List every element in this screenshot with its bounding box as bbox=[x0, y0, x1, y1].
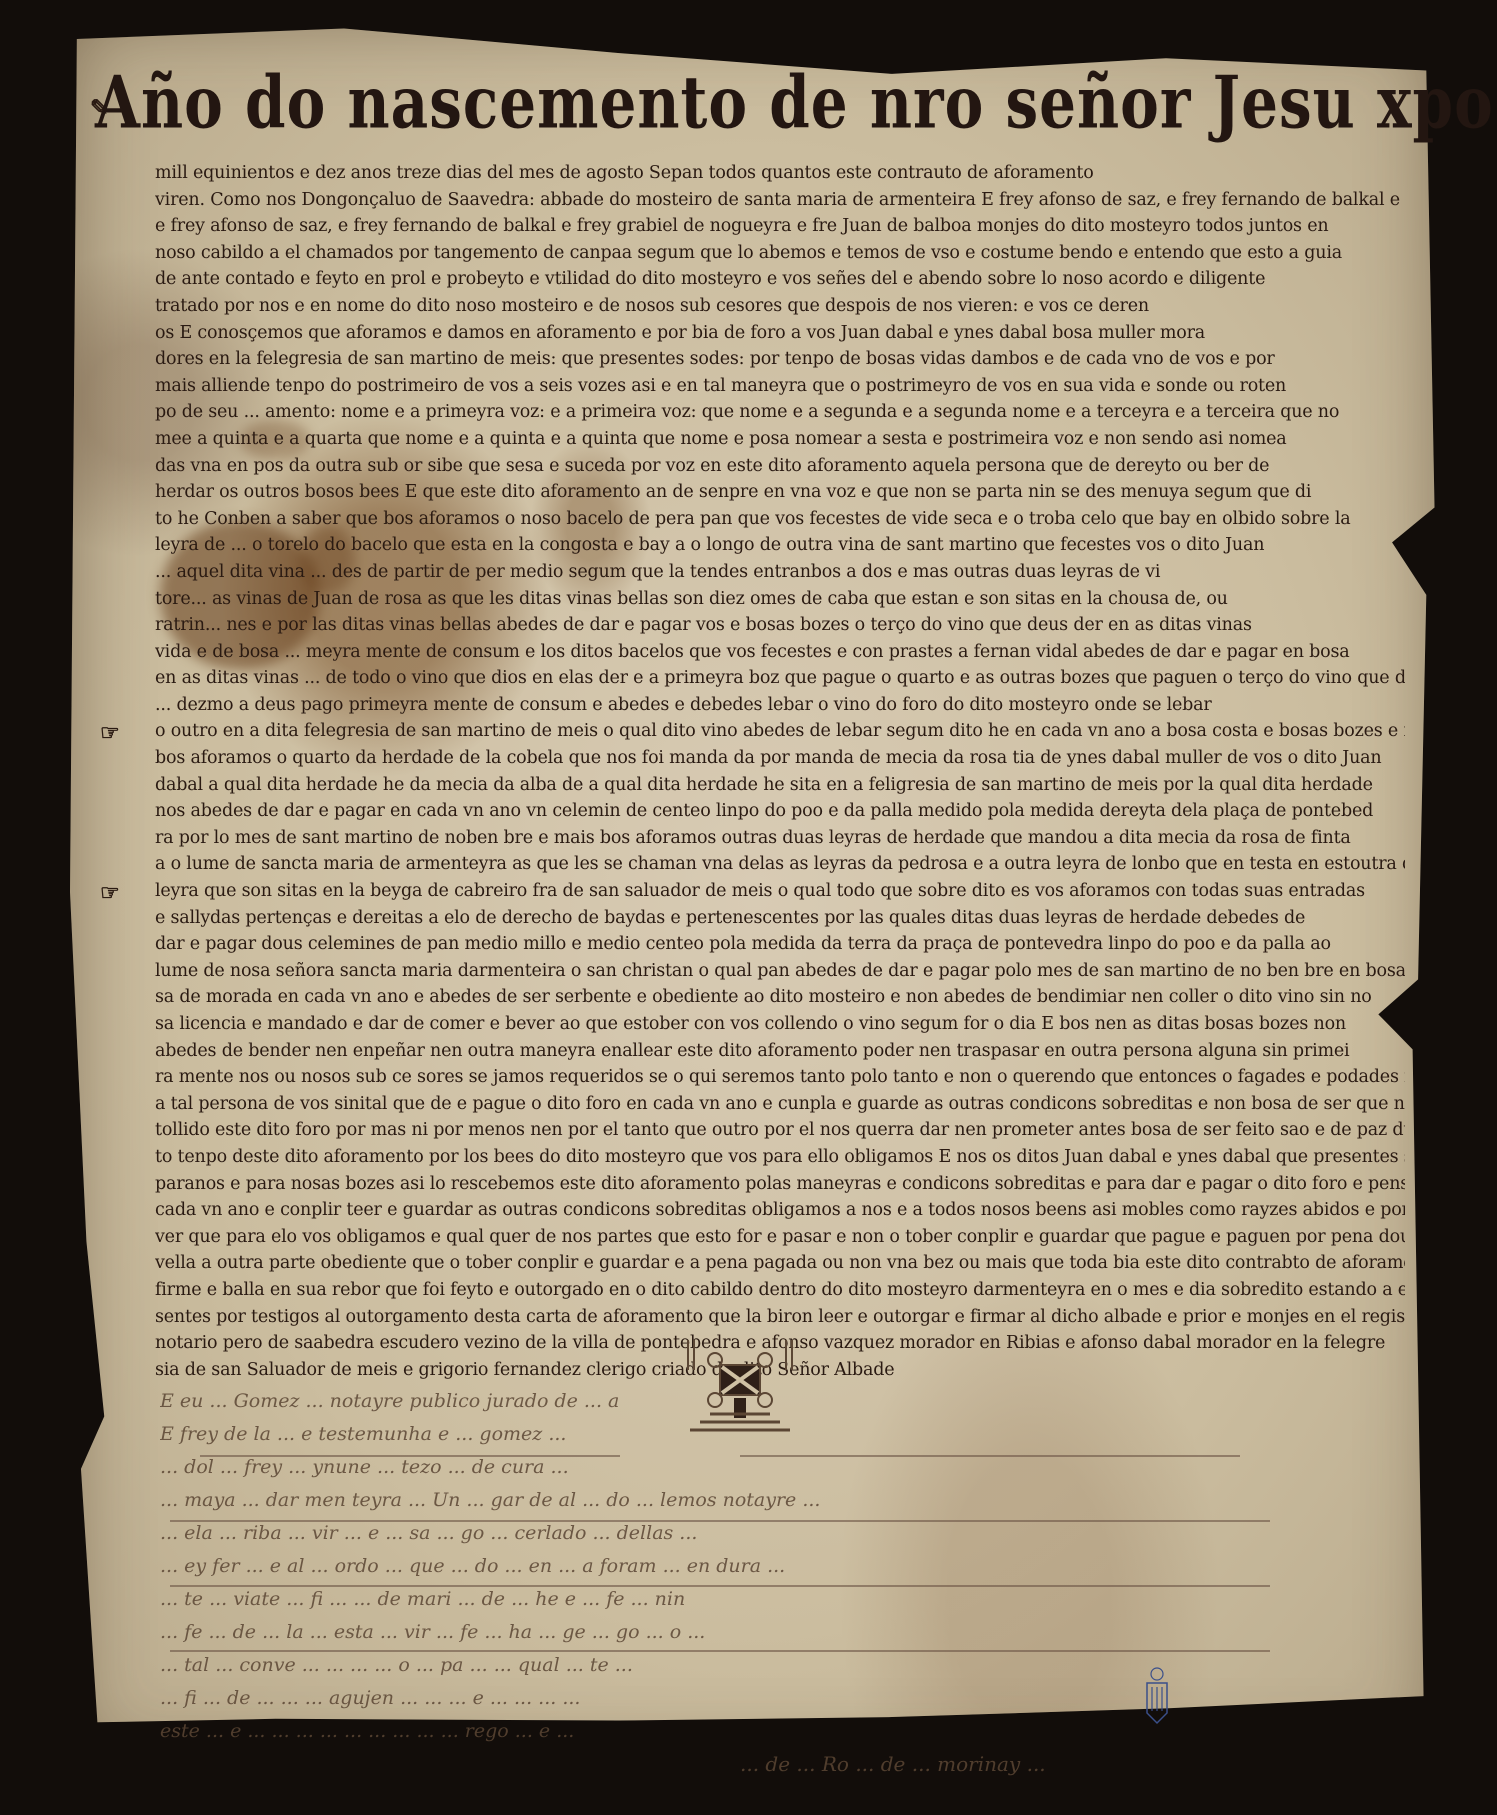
manuscript-line: ra mente nos ou nosos sub ce sores se ja… bbox=[155, 1064, 1405, 1091]
manuscript-line: leyra que son sitas en la beyga de cabre… bbox=[155, 878, 1405, 905]
manuscript-line: mais alliende tenpo do postrimeiro de vo… bbox=[155, 373, 1405, 400]
manuscript-line: cada vn ano e conplir teer e guardar as … bbox=[155, 1197, 1405, 1224]
manuscript-line: tollido este dito foro por mas ni por me… bbox=[155, 1117, 1405, 1144]
ruled-line bbox=[740, 1455, 1240, 1457]
manuscript-line: bos aforamos o quarto da herdade de la c… bbox=[155, 745, 1405, 772]
notarial-line: este ... e ... ... ... ... ... ... ... .… bbox=[160, 1715, 1360, 1748]
manuscript-line: ... dezmo a deus pago primeyra mente de … bbox=[155, 692, 1405, 719]
manuscript-line: sa de morada en cada vn ano e abedes de … bbox=[155, 984, 1405, 1011]
ruled-line bbox=[170, 1650, 1270, 1652]
notarial-line: ... tal ... conve ... ... ... ... o ... … bbox=[160, 1649, 1360, 1682]
manuscript-line: sentes por testigos al outorgamento dest… bbox=[155, 1304, 1405, 1331]
manuscript-line: viren. Como nos Dongonçaluo de Saavedra:… bbox=[155, 187, 1405, 214]
manuscript-line: herdar os outros bosos bees E que este d… bbox=[155, 479, 1405, 506]
manuscript-line: tratado por nos e en nome do dito noso m… bbox=[155, 293, 1405, 320]
manuscript-line: to tenpo deste dito aforamento por los b… bbox=[155, 1144, 1405, 1171]
manuscript-line: a o lume de sancta maria de armenteyra a… bbox=[155, 851, 1405, 878]
manuscript-line: a tal persona de vos sinital que de e pa… bbox=[155, 1091, 1405, 1118]
manuscript-line: paranos e para nosas bozes asi lo resceb… bbox=[155, 1171, 1405, 1198]
manuscript-line: e frey afonso de saz, e frey fernando de… bbox=[155, 213, 1405, 240]
notarial-line: E frey de la ... e testemunha e ... gome… bbox=[160, 1418, 1360, 1451]
manuscript-line: ra por lo mes de sant martino de noben b… bbox=[155, 825, 1405, 852]
manuscript-line: os E conosçemos que aforamos e damos en … bbox=[155, 320, 1405, 347]
manuscript-line: to he Conben a saber que bos aforamos o … bbox=[155, 506, 1405, 533]
notarial-subscription: E eu ... Gomez ... notayre publico jurad… bbox=[160, 1385, 1360, 1748]
manuscript-line: ... aquel dita vina ... des de partir de… bbox=[155, 559, 1405, 586]
manuscript-line: de ante contado e feyto en prol e probey… bbox=[155, 266, 1405, 293]
manuscript-line: abedes de bender nen enpeñar nen outra m… bbox=[155, 1038, 1405, 1065]
bottom-signature: ... de ... Ro ... de ... morinay ... bbox=[740, 1752, 1046, 1776]
ruled-line bbox=[170, 1520, 1270, 1522]
manuscript-line: ratrin... nes e por las ditas vinas bell… bbox=[155, 612, 1405, 639]
notarial-line: ... fe ... de ... la ... esta ... vir ..… bbox=[160, 1616, 1360, 1649]
notarial-line: E eu ... Gomez ... notayre publico jurad… bbox=[160, 1385, 1360, 1418]
manuscript-line: en as ditas vinas ... de todo o vino que… bbox=[155, 665, 1405, 692]
manuscript-line: das vna en pos da outra sub or sibe que … bbox=[155, 453, 1405, 480]
archive-stamp-icon bbox=[1145, 1665, 1169, 1725]
manuscript-line: sa licencia e mandado e dar de comer e b… bbox=[155, 1011, 1405, 1038]
contract-body: mill equinientos e dez anos treze dias d… bbox=[155, 160, 1405, 1383]
manuscript-line: leyra de ... o torelo do bacelo que esta… bbox=[155, 532, 1405, 559]
manuscript-line: dar e pagar dous celemines de pan medio … bbox=[155, 931, 1405, 958]
manuscript-line: noso cabildo a el chamados por tangement… bbox=[155, 240, 1405, 267]
notarial-line: ... te ... viate ... fi ... ... de mari … bbox=[160, 1583, 1360, 1616]
margin-pointer-mark: ☞ bbox=[100, 880, 120, 906]
manuscript-line: mee a quinta e a quarta que nome e a qui… bbox=[155, 426, 1405, 453]
manuscript-line: ver que para elo vos obligamos e qual qu… bbox=[155, 1224, 1405, 1251]
manuscript-line: o outro en a dita felegresia de san mart… bbox=[155, 718, 1405, 745]
document-heading: Año do nascemento de nro señor Jesu xpo … bbox=[95, 60, 1415, 145]
margin-pointer-mark: ☞ bbox=[100, 720, 120, 746]
manuscript-line: nos abedes de dar e pagar en cada vn ano… bbox=[155, 798, 1405, 825]
manuscript-line: mill equinientos e dez anos treze dias d… bbox=[155, 160, 1405, 187]
manuscript-line: dores en la felegresia de san martino de… bbox=[155, 346, 1405, 373]
notarial-line: ... ey fer ... e al ... ordo ... que ...… bbox=[160, 1550, 1360, 1583]
manuscript-line: firme e balla en sua rebor que foi feyto… bbox=[155, 1277, 1405, 1304]
ruled-line bbox=[170, 1585, 1270, 1587]
manuscript-line: dabal a qual dita herdade he da mecia da… bbox=[155, 772, 1405, 799]
manuscript-line: vella a outra parte obediente que o tobe… bbox=[155, 1250, 1405, 1277]
ruled-line bbox=[200, 1455, 620, 1457]
manuscript-line: po de seu ... amento: nome e a primeyra … bbox=[155, 399, 1405, 426]
notarial-line: ... fi ... de ... ... ... agujen ... ...… bbox=[160, 1682, 1360, 1715]
notarial-line: ... maya ... dar men teyra ... Un ... ga… bbox=[160, 1484, 1360, 1517]
manuscript-line: lume de nosa señora sancta maria darment… bbox=[155, 958, 1405, 985]
manuscript-line: tore... as vinas de Juan de rosa as que … bbox=[155, 586, 1405, 613]
manuscript-line: vida e de bosa ... meyra mente de consum… bbox=[155, 639, 1405, 666]
manuscript-line: e sallydas pertenças e dereitas a elo de… bbox=[155, 905, 1405, 932]
